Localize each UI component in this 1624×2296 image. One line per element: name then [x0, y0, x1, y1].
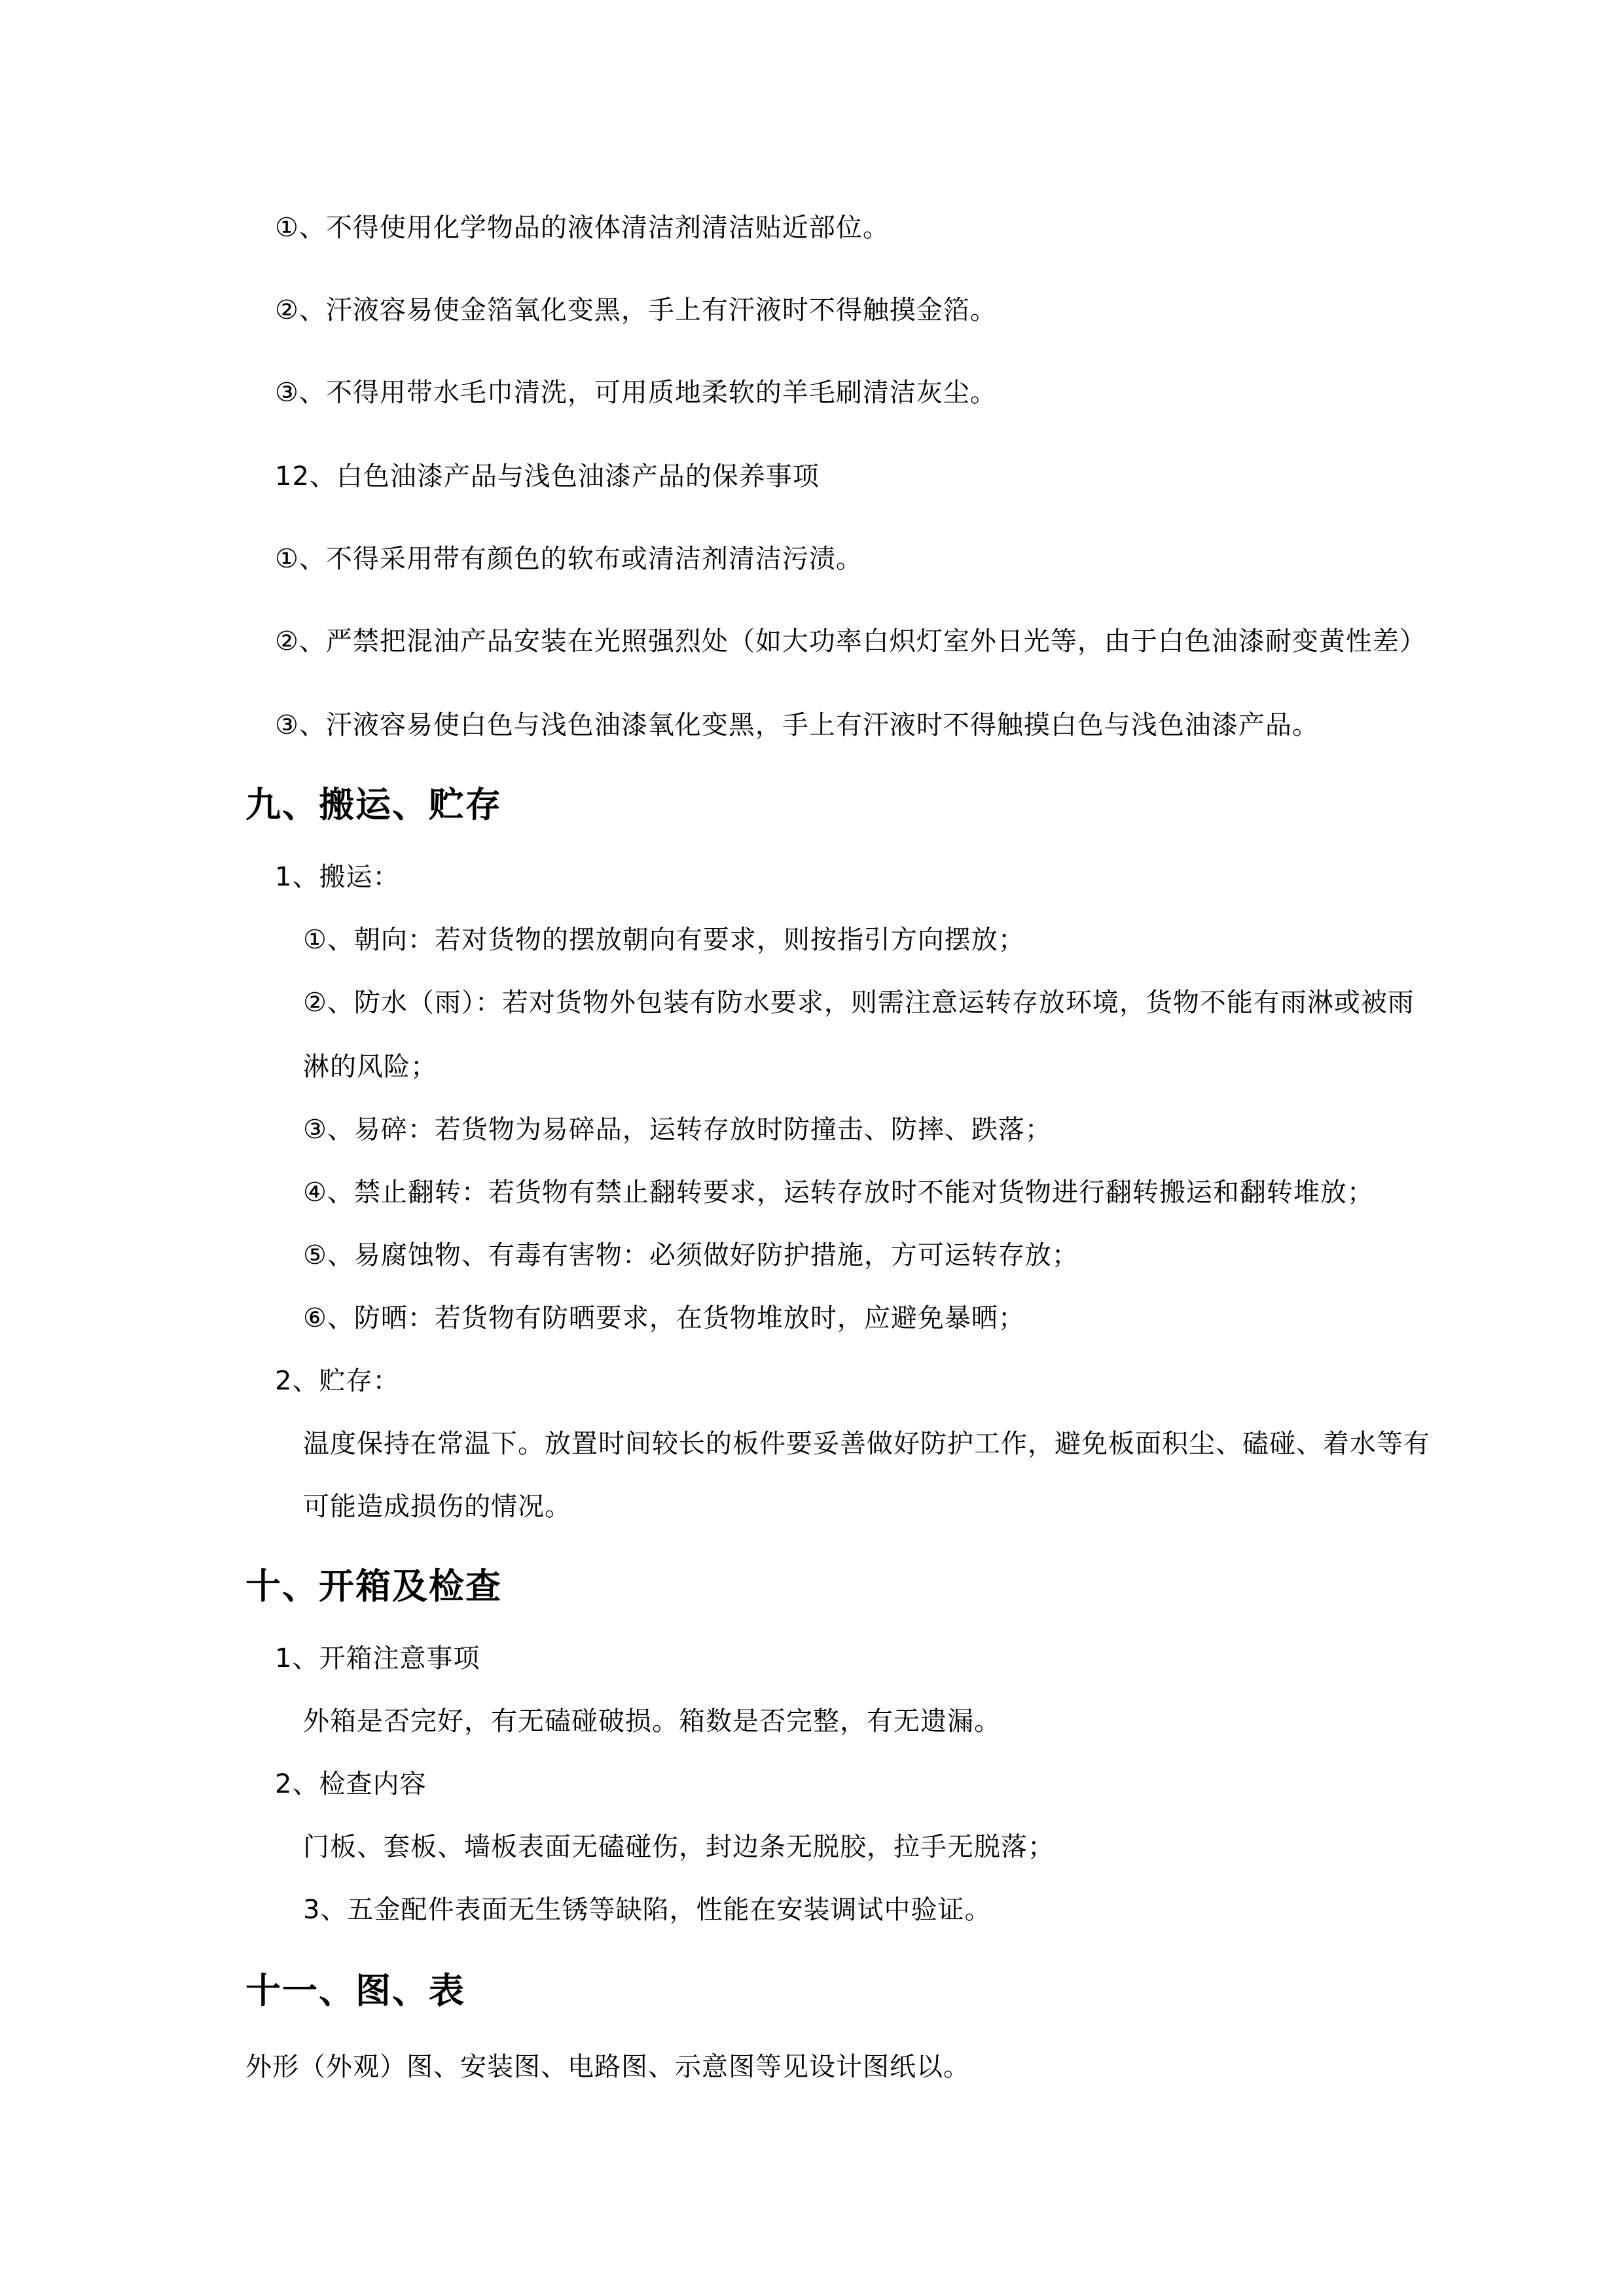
transport-item-fragile: ③、易碎：若货物为易碎品，运转存放时防撞击、防摔、跌落； — [303, 1114, 1052, 1145]
inspection-item-panels: 门板、套板、墙板表面无磕碰伤，封边条无脱胶，拉手无脱落； — [303, 1831, 1055, 1863]
storage-text-line-1: 温度保持在常温下。放置时间较长的板件要妥善做好防护工作，避免板面积尘、磕碰、着水… — [303, 1428, 1430, 1460]
paint-care-item-1: ①、不得采用带有颜色的软布或清洁剂清洁污渍。 — [275, 543, 863, 575]
section-10-heading: 十、开箱及检查 — [245, 1566, 502, 1607]
gold-foil-item-3: ③、不得用带水毛巾清洗，可用质地柔软的羊毛刷清洁灰尘。 — [275, 377, 997, 408]
document-page: ①、不得使用化学物品的液体清洁剂清洁贴近部位。 ②、汗液容易使金箔氧化变黑，手上… — [0, 0, 1624, 2296]
transport-item-sun: ⑥、防晒：若货物有防晒要求，在货物堆放时，应避免暴晒； — [303, 1302, 1025, 1334]
transport-item-corrosive: ⑤、易腐蚀物、有毒有害物：必须做好防护措施，方可运转存放； — [303, 1240, 1079, 1271]
paint-care-item-2: ②、严禁把混油产品安装在光照强烈处（如大功率白炽灯室外日光等，由于白色油漆耐变黄… — [275, 626, 1426, 657]
transport-item-orientation: ①、朝向：若对货物的摆放朝向有要求，则按指引方向摆放； — [303, 924, 1025, 956]
drawings-text: 外形（外观）图、安装图、电路图、示意图等见设计图纸以。 — [245, 2051, 970, 2083]
inspection-item-hardware: 3、五金配件表面无生锈等缺陷，性能在安装调试中验证。 — [303, 1894, 991, 1926]
gold-foil-item-1: ①、不得使用化学物品的液体清洁剂清洁贴近部位。 — [275, 212, 890, 243]
unboxing-subtitle: 1、开箱注意事项 — [275, 1643, 480, 1674]
storage-text-line-2: 可能造成损伤的情况。 — [303, 1491, 571, 1522]
transport-item-no-flip: ④、禁止翻转：若货物有禁止翻转要求，运转存放时不能对货物进行翻转搬运和翻转堆放； — [303, 1177, 1374, 1208]
storage-subtitle: 2、贮存： — [275, 1365, 399, 1397]
paint-care-item-3: ③、汗液容易使白色与浅色油漆氧化变黑，手上有汗液时不得触摸白色与浅色油漆产品。 — [275, 709, 1319, 741]
transport-item-waterproof: ②、防水（雨）：若对货物外包装有防水要求，则需注意运转存放环境，货物不能有雨淋或… — [303, 987, 1415, 1018]
transport-item-waterproof-cont: 淋的风险； — [303, 1051, 437, 1083]
section-9-heading: 九、搬运、贮存 — [245, 784, 502, 826]
gold-foil-item-2: ②、汗液容易使金箔氧化变黑，手上有汗液时不得触摸金箔。 — [275, 295, 997, 326]
unboxing-text: 外箱是否完好，有无磕碰破损。箱数是否完整，有无遗漏。 — [303, 1706, 1001, 1737]
inspection-subtitle: 2、检查内容 — [275, 1768, 426, 1800]
section-11-heading: 十一、图、表 — [245, 1970, 465, 2012]
transport-subtitle: 1、搬运： — [275, 861, 399, 893]
item-12-title: 12、白色油漆产品与浅色油漆产品的保养事项 — [275, 461, 820, 492]
